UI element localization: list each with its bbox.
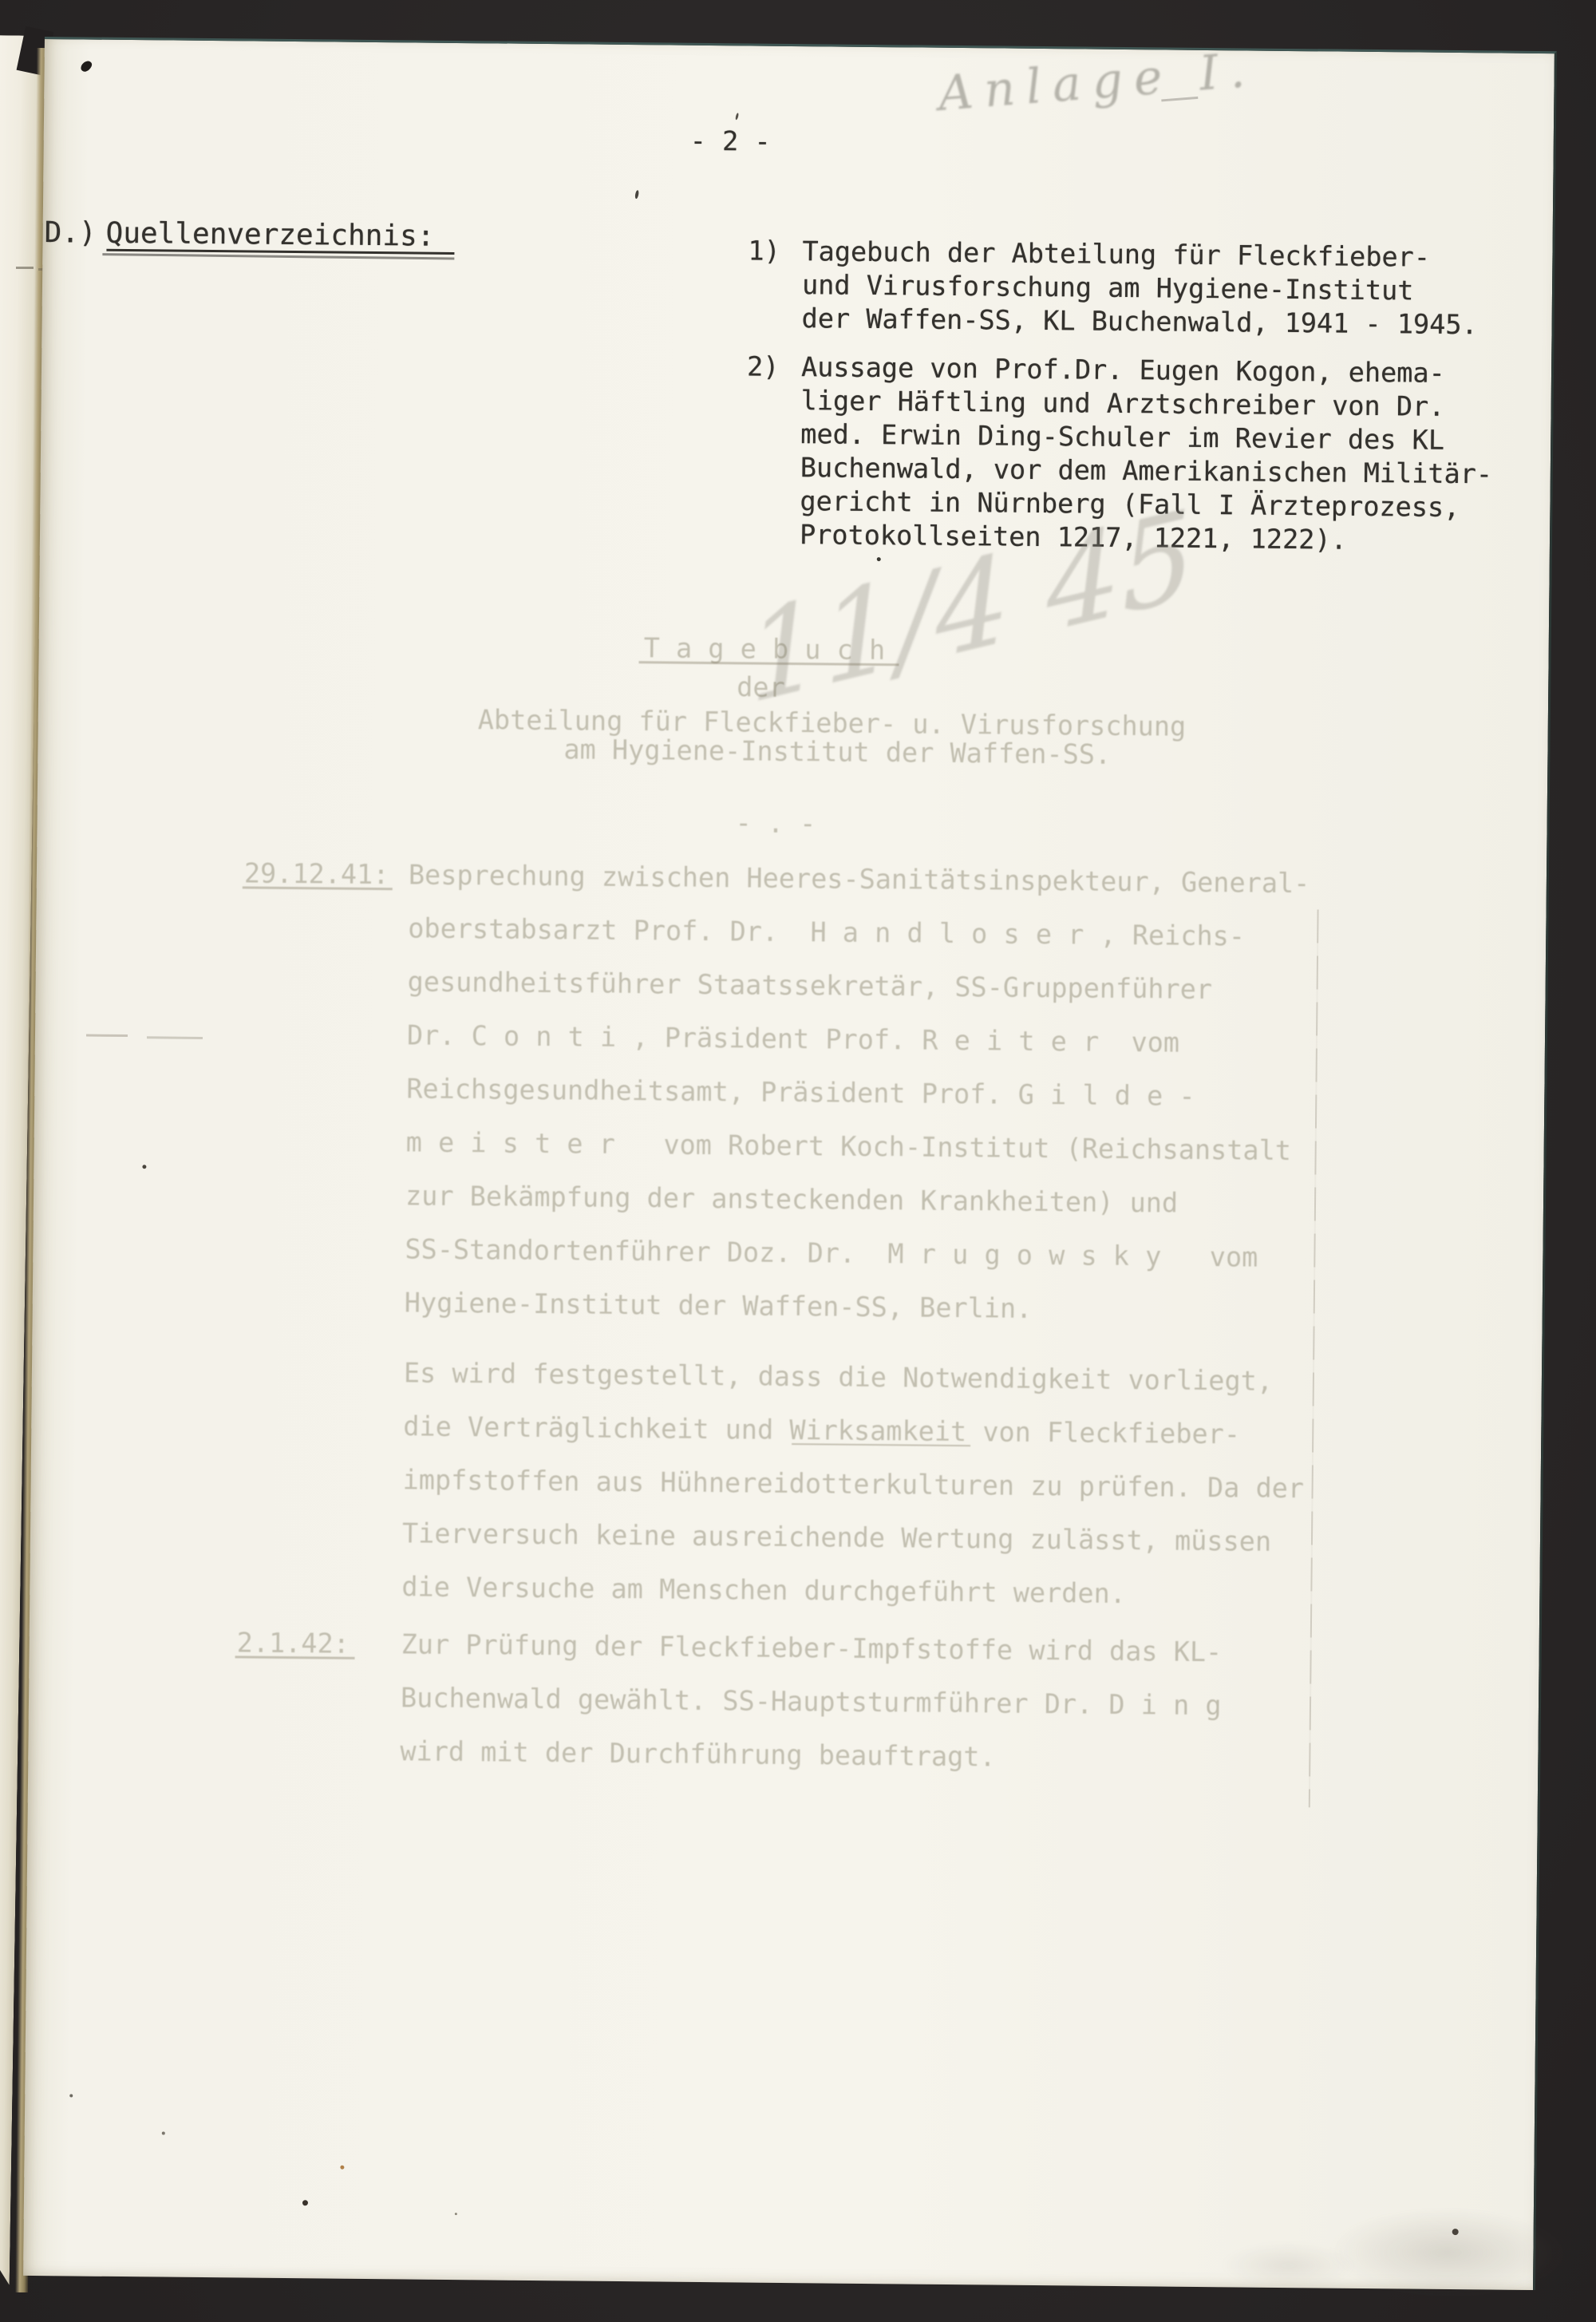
- source-line: med. Erwin Ding-Schuler im Revier des KL: [800, 418, 1444, 456]
- source-item-marker: 2): [747, 350, 780, 382]
- faint-entry-line: oberstabsarzt Prof. Dr. H a n d l o s e …: [408, 912, 1245, 951]
- faint-entry-line: Es wird festgestellt, dass die Notwendig…: [404, 1357, 1273, 1396]
- section-label: D.): [44, 216, 96, 250]
- faint-entry-line: die Versuche am Menschen durchgeführt we…: [401, 1571, 1126, 1609]
- dust-speck: [142, 1165, 146, 1169]
- dust-speck: [1452, 2229, 1459, 2235]
- faint-entry-line: Tierversuch keine ausreichende Wertung z…: [402, 1517, 1271, 1557]
- handwritten-annotation-top: Anlage I.: [936, 42, 1258, 122]
- faint-subtitle: am Hygiene-Institut der Waffen-SS.: [563, 734, 1111, 770]
- scan-background: - 2 - Anlage I. D.) Quellenverzeichnis: …: [0, 0, 1596, 2322]
- faint-entry-date: 2.1.42:: [237, 1627, 350, 1659]
- faint-entry-line: Buchenwald gewählt. SS-Hauptsturmführer …: [401, 1682, 1222, 1721]
- faint-vertical-line: [1309, 909, 1319, 1807]
- dust-speck: [69, 2094, 73, 2097]
- faint-entry-line: Dr. C o n t i , Präsident Prof. R e i t …: [407, 1019, 1179, 1058]
- faint-entry-line: Hygiene-Institut der Waffen-SS, Berlin.: [405, 1287, 1033, 1324]
- faint-entry-line: impfstoffen aus Hühnereidotterkulturen z…: [402, 1464, 1304, 1504]
- stray-mark: [735, 113, 739, 120]
- source-line: Buchenwald, vor dem Amerikanischen Milit…: [800, 452, 1493, 489]
- source-line: liger Häftling und Arztschreiber von Dr.: [800, 385, 1444, 422]
- smudge: [1220, 2241, 1357, 2290]
- source-line: und Virusforschung am Hygiene-Institut: [802, 269, 1414, 306]
- faint-date-underline: [243, 886, 393, 890]
- pencil-dash: [86, 1034, 128, 1037]
- faint-date-underline: [235, 1655, 355, 1659]
- page-number: - 2 -: [690, 125, 771, 157]
- smudge: [1327, 2207, 1567, 2299]
- dust-speck: [455, 2213, 457, 2215]
- section-title-underline: [102, 253, 454, 259]
- faint-entry-line: m e i s t e r vom Robert Koch-Institut (…: [406, 1126, 1292, 1166]
- faint-entry-date: 29.12.41:: [244, 857, 389, 890]
- source-item-marker: 1): [748, 235, 780, 266]
- dust-speck: [302, 2200, 308, 2205]
- faint-entry-line: Zur Prüfung der Fleckfieber-Impfstoffe w…: [401, 1628, 1223, 1667]
- margin-dash-mark: [16, 267, 34, 269]
- faint-entry-line: gesundheitsführer Staatssekretär, SS-Gru…: [407, 966, 1212, 1005]
- ink-fleck: [79, 59, 93, 74]
- stray-mark: [634, 190, 639, 200]
- faint-entry-line: Reichsgesundheitsamt, Präsident Prof. G …: [406, 1073, 1195, 1111]
- faint-divider: - . -: [735, 807, 816, 839]
- pencil-dash: [147, 1036, 203, 1039]
- dust-speck: [162, 2132, 165, 2135]
- faint-entry-line: wird mit der Durchführung beauftragt.: [400, 1735, 996, 1772]
- faint-entry-line: zur Bekämpfung der ansteckenden Krankhei…: [405, 1180, 1178, 1218]
- faint-subtitle: der: [737, 671, 785, 703]
- source-line: der Waffen-SS, KL Buchenwald, 1941 - 194…: [801, 303, 1477, 340]
- document-page: - 2 - Anlage I. D.) Quellenverzeichnis: …: [23, 37, 1557, 2290]
- source-line: Tagebuch der Abteilung für Fleckfieber-: [802, 235, 1430, 273]
- faint-entry-line: Besprechung zwischen Heeres-Sanitätsinsp…: [409, 859, 1310, 899]
- dust-speck: [340, 2166, 344, 2170]
- faint-entry-line: SS-Standortenführer Doz. Dr. M r u g o w…: [405, 1233, 1258, 1272]
- section-title: Quellenverzeichnis:: [105, 217, 434, 253]
- source-line: Aussage von Prof.Dr. Eugen Kogon, ehema-: [801, 351, 1445, 389]
